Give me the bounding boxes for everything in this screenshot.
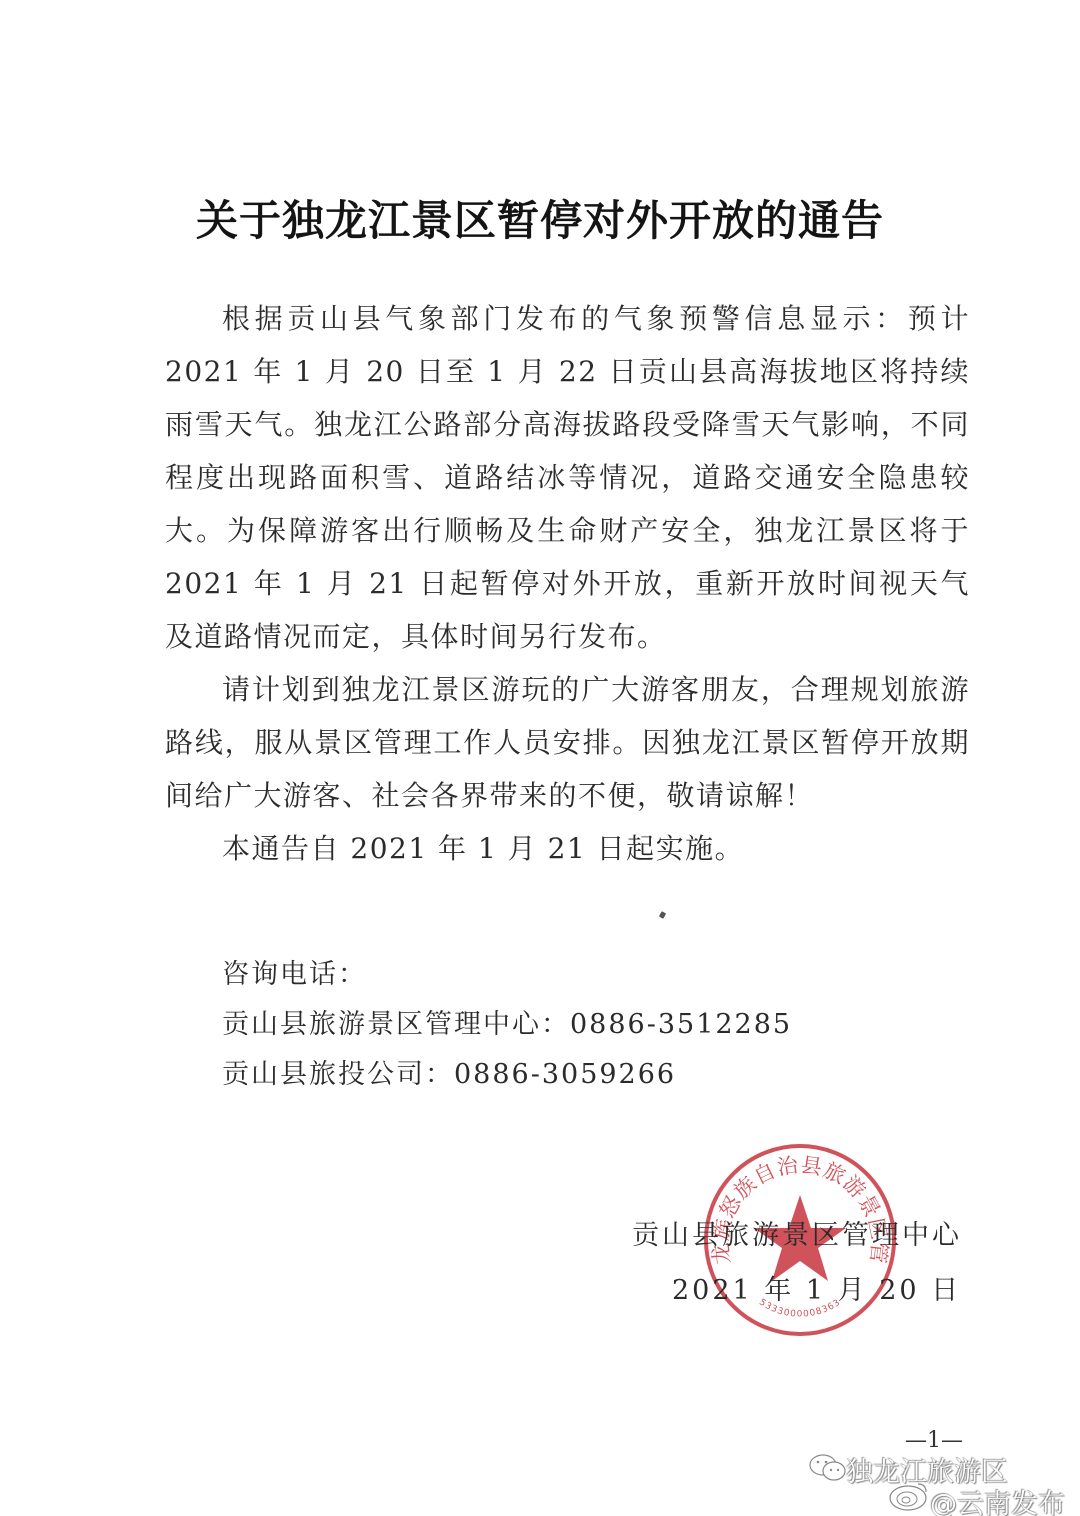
paragraph-1: 根据贡山县气象部门发布的气象预警信息显示：预计 2021 年 1 月 20 日至… — [165, 292, 970, 663]
issue-date: 2021 年 1 月 20 日 — [632, 1263, 962, 1318]
paragraph-2: 请计划到独龙江景区游玩的广大游客朋友，合理规划旅游路线，服从景区管理工作人员安排… — [165, 663, 970, 822]
contact-line: 贡山县旅投公司：0886-3059266 — [222, 1050, 792, 1100]
document-body: 根据贡山县气象部门发布的气象预警信息显示：预计 2021 年 1 月 20 日至… — [165, 292, 970, 875]
weibo-logo-icon — [888, 1478, 932, 1512]
contact-line: 贡山县旅游景区管理中心：0886-3512285 — [222, 1000, 792, 1050]
issuing-organization: 贡山县旅游景区管理中心 — [632, 1208, 962, 1263]
signoff-block: 贡山县旅游景区管理中心 2021 年 1 月 20 日 — [632, 1208, 962, 1318]
contact-heading: 咨询电话： — [222, 950, 792, 1000]
wechat-logo-icon — [808, 1452, 848, 1484]
paragraph-3: 本通告自 2021 年 1 月 21 日起实施。 — [165, 822, 970, 875]
document-page: 关于独龙江景区暂停对外开放的通告 根据贡山县气象部门发布的气象预警信息显示：预计… — [0, 0, 1080, 1516]
document-title: 关于独龙江景区暂停对外开放的通告 — [0, 188, 1080, 248]
scan-speck — [659, 911, 666, 919]
weibo-watermark: @云南发布 — [930, 1482, 1065, 1516]
contact-block: 咨询电话： 贡山县旅游景区管理中心：0886-3512285 贡山县旅投公司：0… — [222, 950, 792, 1100]
